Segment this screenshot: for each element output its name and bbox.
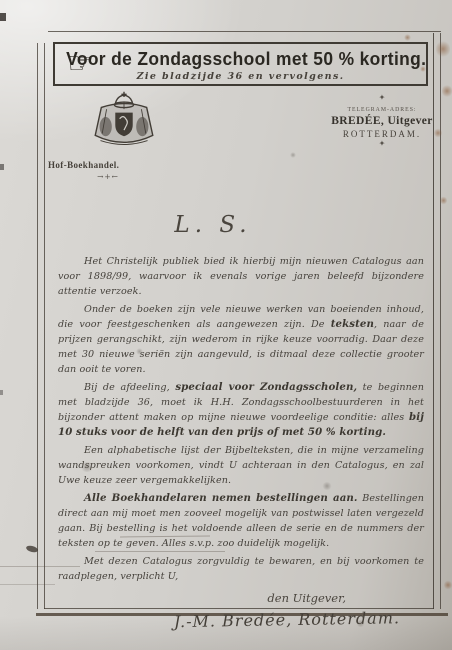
letter-body: L. S. Het Christelijk publiek bied ik hi… [58, 212, 424, 630]
telegram-bottom-ornament-icon: ✦ [330, 139, 434, 149]
paragraph-orders: Alle Boekhandelaren nemen bestellingen a… [58, 491, 424, 551]
paragraph-books: Onder de boeken zijn vele nieuwe werken … [58, 302, 424, 377]
crest-divider-ornament: →+← [48, 172, 168, 181]
edge-artifact [0, 390, 3, 395]
frame-left-line-outer [37, 43, 38, 609]
telegram-address-block: ✦ Telegram-Adres: BREDÉE, Uitgever ROTTE… [330, 93, 434, 149]
stain-spot [444, 580, 452, 590]
frame-right-line-outer [440, 33, 441, 609]
banner-title: Voor de Zondagsschool met 50 % korting. [66, 48, 415, 70]
speck [356, 620, 365, 627]
frame-left-line-inner [44, 43, 45, 609]
edge-artifact [0, 13, 6, 21]
paragraph-bible-texts: Een alphabetische lijst der Bijbeltekste… [58, 443, 424, 488]
crest-caption: Hof-Boekhandel. [48, 160, 198, 170]
royal-coat-of-arms-icon [74, 90, 174, 158]
publisher-name: BREDÉE, Uitgever [330, 115, 434, 127]
publisher-city: ROTTERDAM. [330, 129, 434, 139]
speck [290, 152, 296, 158]
telegram-top-ornament-icon: ✦ [330, 93, 434, 103]
paragraph-intro: Het Christelijk publiek bied ik hierbij … [58, 254, 424, 299]
stain-spot [442, 84, 452, 98]
paragraph-discount: Bij de afdeeling, speciaal voor Zondagss… [58, 380, 424, 440]
banner-subtitle: Zie bladzijde 36 en vervolgens. [55, 71, 426, 82]
stain-spot [436, 40, 450, 58]
salutation: L. S. [30, 212, 396, 244]
signature: J.-M. Bredée, Rotterdam. [58, 608, 424, 633]
header-banner: ☞ Voor de Zondagsschool met 50 % korting… [53, 42, 428, 86]
scanned-letter-page: ☞ Voor de Zondagsschool met 50 % korting… [0, 0, 452, 650]
closing-line: den Uitgever, [58, 591, 424, 605]
pen-mark [0, 584, 55, 585]
crest-block: Hof-Boekhandel. →+← [48, 90, 198, 181]
stain-spot [440, 196, 447, 205]
edge-artifact [0, 164, 4, 170]
telegram-label: Telegram-Adres: [330, 107, 434, 113]
frame-top-line [48, 31, 441, 32]
stain-spot [404, 34, 411, 41]
paragraph-keep-catalog: Met dezen Catalogus zorgvuldig te beware… [58, 554, 424, 584]
